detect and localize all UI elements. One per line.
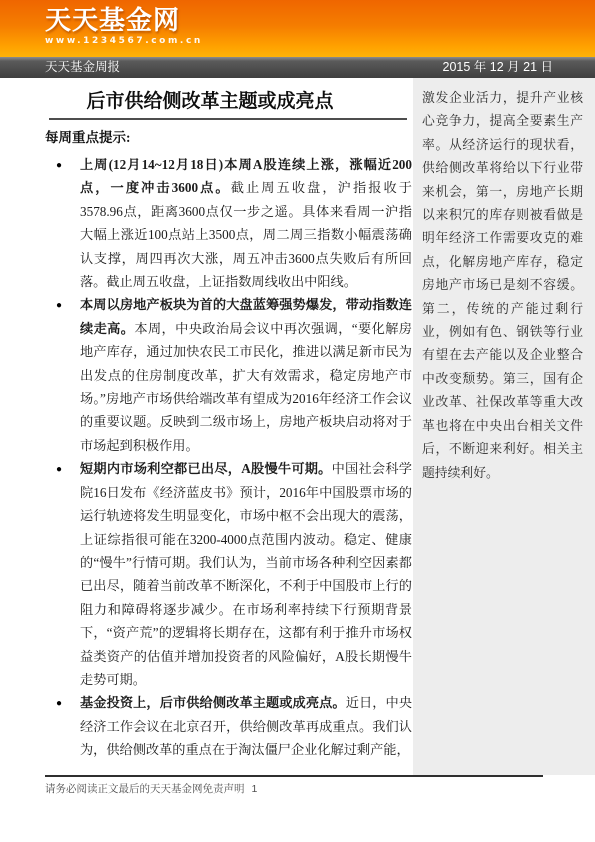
report-type-label: 天天基金周报	[45, 57, 120, 78]
list-item: ● 本周以房地产板块为首的大盘蓝筹强势爆发，带动指数连续走高。本周，中央政治局会…	[45, 293, 412, 457]
report-date: 2015 年 12 月 21 日	[443, 57, 553, 78]
section-heading: 每周重点提示:	[45, 128, 412, 147]
bullet-body-text: 截止周五收盘，沪指报收于3578.96点，距离3600点仅一步之遥。具体来看周一…	[80, 180, 412, 289]
bullet-icon: ●	[56, 692, 62, 715]
list-item: ● 上周(12月14~12月18日)本周A股连续上涨，涨幅近200点，一度冲击3…	[45, 153, 412, 293]
sidebar-continuation-text: 激发企业活力，提升产业核心竞争力，提高全要素生产率。从经济运行的现状看，供给侧改…	[422, 87, 583, 485]
main-content: 后市供给侧改革主题或成亮点 每周重点提示: ● 上周(12月14~12月18日)…	[45, 78, 412, 762]
bullet-icon: ●	[56, 154, 62, 177]
report-title-bar: 天天基金周报 2015 年 12 月 21 日	[0, 57, 595, 78]
bullet-body-text: 中国社会科学院16日发布《经济蓝皮书》预计，2016年中国股票市场的运行轨迹将发…	[80, 461, 412, 687]
site-logo: 天天基金网 www.1234567.com.cn	[45, 6, 203, 46]
title-divider	[49, 118, 407, 120]
report-page: 天天基金网 www.1234567.com.cn 天天基金周报 2015 年 1…	[0, 0, 595, 842]
highlights-list: ● 上周(12月14~12月18日)本周A股连续上涨，涨幅近200点，一度冲击3…	[45, 153, 412, 762]
site-logo-text: 天天基金网	[45, 6, 203, 34]
site-logo-url: www.1234567.com.cn	[45, 36, 203, 46]
list-item: ● 短期内市场利空都已出尽，A股慢牛可期。中国社会科学院16日发布《经济蓝皮书》…	[45, 457, 412, 691]
bullet-lead-text: 短期内市场利空都已出尽，A股慢牛可期。	[80, 461, 332, 476]
footer: 请务必阅读正文最后的天天基金网免责声明1	[45, 781, 257, 796]
bullet-icon: ●	[56, 294, 62, 317]
brand-banner: 天天基金网 www.1234567.com.cn	[0, 0, 595, 57]
page-title: 后市供给侧改革主题或成亮点	[45, 91, 375, 113]
sidebar-panel: 激发企业活力，提升产业核心竞争力，提高全要素生产率。从经济运行的现状看，供给侧改…	[413, 78, 595, 775]
bullet-lead-text: 基金投资上，后市供给侧改革主题或成亮点。	[80, 695, 346, 710]
disclaimer-text: 请务必阅读正文最后的天天基金网免责声明	[45, 783, 245, 795]
footer-divider	[45, 775, 543, 777]
bullet-icon: ●	[56, 458, 62, 481]
list-item: ● 基金投资上，后市供给侧改革主题或成亮点。近日，中央经济工作会议在北京召开，供…	[45, 691, 412, 761]
bullet-body-text: 本周，中央政治局会议中再次强调，“要化解房地产库存，通过加快农民工市民化，推进以…	[80, 321, 412, 453]
page-number: 1	[252, 783, 258, 795]
